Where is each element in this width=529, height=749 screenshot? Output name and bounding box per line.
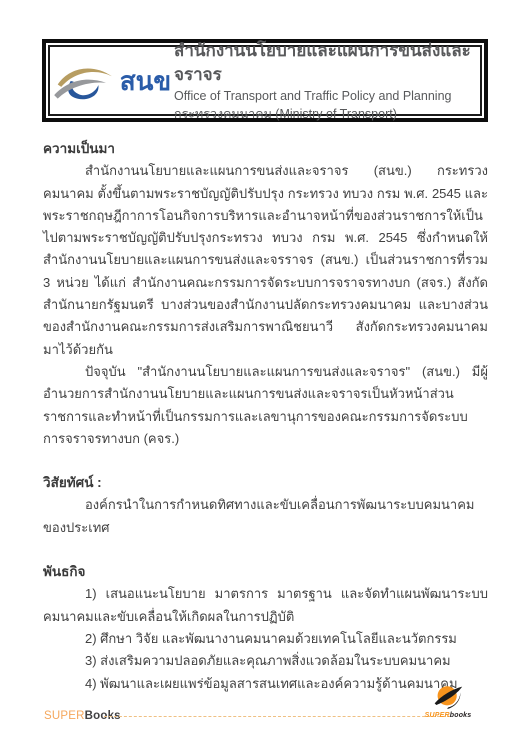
otp-swoosh-icon [53, 53, 119, 109]
document-content: ความเป็นมา สำนักงานนโยบายและแผนการขนส่งแ… [43, 138, 488, 695]
header-inner-frame: สนข สำนักงานนโยบายและแผนการขนส่งและจราจร… [48, 45, 482, 116]
agency-title-english: Office of Transport and Traffic Policy a… [174, 87, 478, 105]
mission-item-2: 2) ศึกษา วิจัย และพัฒนางานคมนาคมด้วยเทคโ… [43, 628, 488, 650]
ministry-line: กระทรวงคมนาคม (Ministry of Transport) [174, 105, 478, 123]
header-titles: สำนักงานนโยบายและแผนการขนส่งและจราจร Off… [174, 39, 480, 123]
mission-item-3: 3) ส่งเสริมความปลอดภัยและคุณภาพสิ่งแวดล้… [43, 650, 488, 672]
vision-text: องค์กรนำในการกำหนดทิศทางและขับเคลื่อนการ… [43, 494, 488, 539]
superbooks-swirl-icon [433, 684, 463, 711]
caption-books: books [450, 712, 472, 719]
section-heading-mission: พันธกิจ [43, 561, 488, 583]
footer-divider-line [104, 716, 450, 717]
page-footer: SUPERBooks SUPERbooks [0, 680, 529, 735]
footer-brand-super: SUPER [44, 710, 85, 722]
section-heading-vision: วิสัยทัศน์ : [43, 472, 488, 494]
section-heading-background: ความเป็นมา [43, 138, 488, 160]
background-paragraph-2: ปัจจุบัน "สำนักงานนโยบายและแผนการขนส่งแล… [43, 361, 488, 450]
background-paragraph-1: สำนักงานนโยบายและแผนการขนส่งและจราจร (สน… [43, 160, 488, 361]
agency-title-thai: สำนักงานนโยบายและแผนการขนส่งและจราจร [174, 39, 478, 87]
document-page: สนข สำนักงานนโยบายและแผนการขนส่งและจราจร… [0, 0, 529, 749]
header-box: สนข สำนักงานนโยบายและแผนการขนส่งและจราจร… [42, 39, 488, 122]
otp-logo-text: สนข [120, 68, 171, 94]
superbooks-caption: SUPERbooks [424, 712, 472, 720]
caption-super: SUPER [425, 712, 450, 719]
mission-item-1: 1) เสนอแนะนโยบาย มาตรการ มาตรฐาน และจัดท… [43, 583, 488, 628]
otp-logo: สนข [50, 53, 174, 109]
superbooks-logo: SUPERbooks [424, 684, 472, 720]
